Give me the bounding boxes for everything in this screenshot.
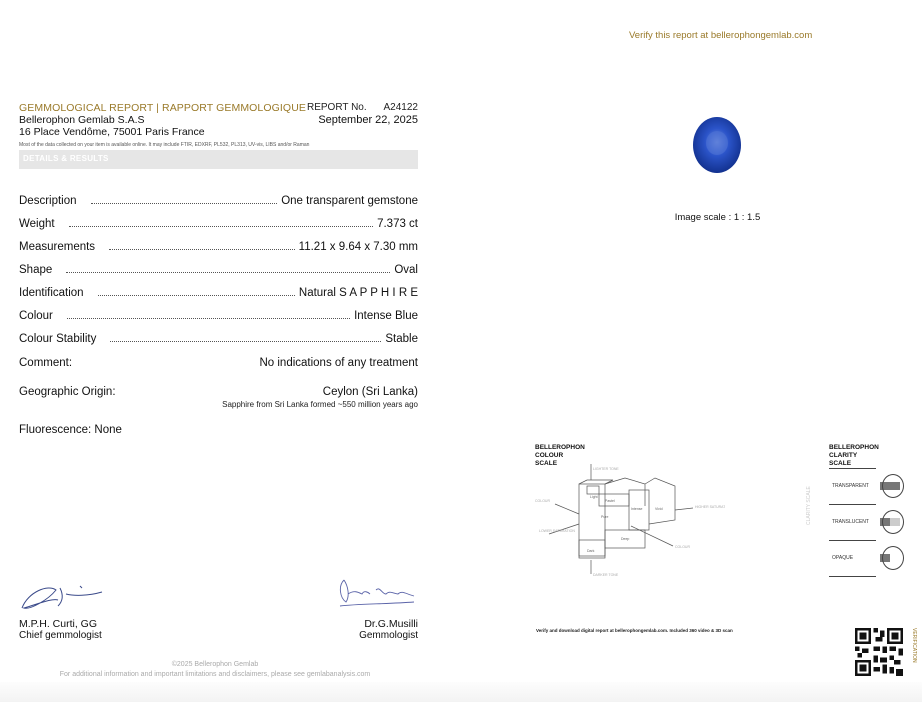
- origin-value: Ceylon (Sri Lanka): [323, 386, 418, 398]
- qr-code[interactable]: [855, 628, 903, 676]
- detail-value: Intense Blue: [354, 310, 418, 322]
- signatory-role: Chief gemmologist: [19, 630, 102, 641]
- gemstone-image: [692, 116, 742, 174]
- detail-row-identification: IdentificationNatural S A P P H I R E: [19, 285, 418, 299]
- detail-value: 7.373 ct: [377, 218, 418, 230]
- detail-value: 11.21 x 9.64 x 7.30 mm: [299, 241, 418, 253]
- footer-copyright: ©2025 Bellerophon Gemlab: [0, 661, 430, 668]
- detail-value: Oval: [394, 264, 418, 276]
- image-scale: Image scale : 1 : 1.5: [660, 212, 775, 223]
- detail-row-weight: Weight7.373 ct: [19, 216, 418, 230]
- svg-text:Light: Light: [590, 495, 598, 499]
- fluorescence: Fluorescence: None: [19, 424, 122, 436]
- detail-row-description: DescriptionOne transparent gemstone: [19, 193, 418, 207]
- footer-disclaimer: For additional information and important…: [0, 671, 430, 678]
- svg-text:Pure: Pure: [601, 515, 608, 519]
- clarity-level-translucent: TRANSLUCENT: [829, 504, 876, 540]
- signatory-name: Dr.G.Musilli: [364, 618, 418, 630]
- svg-text:Pastel: Pastel: [605, 499, 615, 503]
- lab-address: 16 Place Vendôme, 75001 Paris France: [19, 126, 205, 138]
- clarity-scale-title: BELLEROPHONCLARITYSCALE: [829, 444, 879, 468]
- details-results-label: DETAILS & RESULTS: [23, 154, 109, 163]
- signature-musilli: [336, 576, 418, 612]
- svg-text:LOWER SATURATION: LOWER SATURATION: [539, 529, 575, 533]
- detail-label: Weight: [19, 218, 55, 230]
- svg-text:Vivid: Vivid: [655, 507, 663, 511]
- clarity-level-transparent: TRANSPARENT: [829, 468, 876, 504]
- detail-label: Colour Stability: [19, 333, 96, 345]
- verification-label: VERIFICATION: [911, 628, 917, 663]
- origin-label: Geographic Origin:: [19, 386, 116, 398]
- detail-row-colour-stability: Colour StabilityStable: [19, 331, 418, 345]
- detail-label: Colour: [19, 310, 53, 322]
- svg-text:COLOUR: COLOUR: [535, 499, 550, 503]
- detail-label: Description: [19, 195, 77, 207]
- svg-text:COLOUR: COLOUR: [675, 545, 690, 549]
- signatory-name: M.P.H. Curti, GG: [19, 618, 97, 630]
- detail-value: Stable: [385, 333, 418, 345]
- report-date: September 22, 2025: [318, 114, 418, 126]
- data-note: Most of the data collected on your item …: [19, 142, 309, 148]
- svg-text:Deep: Deep: [621, 537, 629, 541]
- origin-row: Geographic Origin:Ceylon (Sri Lanka): [19, 384, 418, 398]
- clarity-scale-side-label: CLARITY SCALE: [806, 486, 812, 525]
- clarity-level-opaque: OPAQUE: [829, 540, 876, 577]
- svg-text:Intense: Intense: [631, 507, 643, 511]
- detail-value: Natural S A P P H I R E: [299, 287, 418, 299]
- detail-label: Identification: [19, 287, 84, 299]
- svg-text:LIGHTER TONE: LIGHTER TONE: [593, 467, 619, 471]
- svg-text:HIGHER SATURATION: HIGHER SATURATION: [695, 505, 725, 509]
- comment-label: Comment:: [19, 357, 72, 369]
- detail-row-shape: ShapeOval: [19, 262, 418, 276]
- colour-scale-diagram: Light Pastel Pure Intense Vivid Deep Dar…: [535, 464, 725, 579]
- detail-label: Measurements: [19, 241, 95, 253]
- report-number-label: REPORT No.: [307, 102, 367, 113]
- svg-text:DARKER TONE: DARKER TONE: [593, 573, 619, 577]
- detail-value: One transparent gemstone: [281, 195, 418, 207]
- origin-note: Sapphire from Sri Lanka formed ~550 mill…: [222, 400, 418, 409]
- signature-curti: [18, 578, 103, 614]
- comment-row: Comment:No indications of any treatment: [19, 355, 418, 369]
- details-results-bar: DETAILS & RESULTS: [19, 150, 418, 169]
- detail-label: Shape: [19, 264, 52, 276]
- page-bottom-edge: [0, 682, 922, 702]
- svg-text:Dark: Dark: [587, 549, 595, 553]
- report-title: GEMMOLOGICAL REPORT | RAPPORT GEMMOLOGIQ…: [19, 102, 306, 114]
- detail-row-colour: ColourIntense Blue: [19, 308, 418, 322]
- lab-name: Bellerophon Gemlab S.A.S: [19, 114, 145, 126]
- signatory-role: Gemmologist: [359, 630, 418, 641]
- comment-value: No indications of any treatment: [259, 357, 418, 369]
- report-number: A24122: [384, 102, 418, 113]
- detail-row-measurements: Measurements11.21 x 9.64 x 7.30 mm: [19, 239, 418, 253]
- download-note: Verify and download digital report at be…: [536, 628, 733, 633]
- verify-link[interactable]: Verify this report at bellerophongemlab.…: [629, 30, 812, 41]
